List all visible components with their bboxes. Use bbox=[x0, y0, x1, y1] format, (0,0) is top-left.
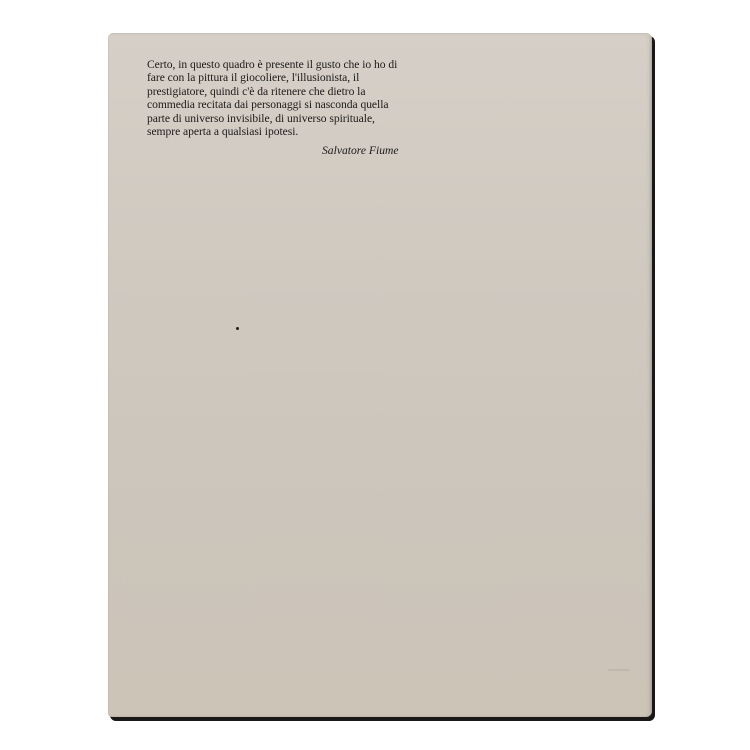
quote-line: fare con la pittura il giocoliere, l'ill… bbox=[147, 71, 402, 84]
quote-line: Certo, in questo quadro è presente il gu… bbox=[147, 58, 402, 71]
photo-stage: Certo, in questo quadro è presente il gu… bbox=[0, 0, 750, 750]
book-back-cover: Certo, in questo quadro è presente il gu… bbox=[108, 33, 652, 717]
quote-text: Certo, in questo quadro è presente il gu… bbox=[147, 58, 402, 138]
dust-speck bbox=[236, 327, 239, 330]
book-edge bbox=[649, 37, 652, 713]
surface-mark bbox=[608, 669, 630, 671]
quote-line: prestigiatore, quindi c'è da ritenere ch… bbox=[147, 85, 402, 98]
quote-line: parte di universo invisibile, di univers… bbox=[147, 112, 402, 125]
quote-line: sempre aperta a qualsiasi ipotesi. bbox=[147, 125, 402, 138]
quote-line: commedia recitata dai personaggi si nasc… bbox=[147, 98, 402, 111]
quote-author: Salvatore Fiume bbox=[322, 144, 399, 157]
